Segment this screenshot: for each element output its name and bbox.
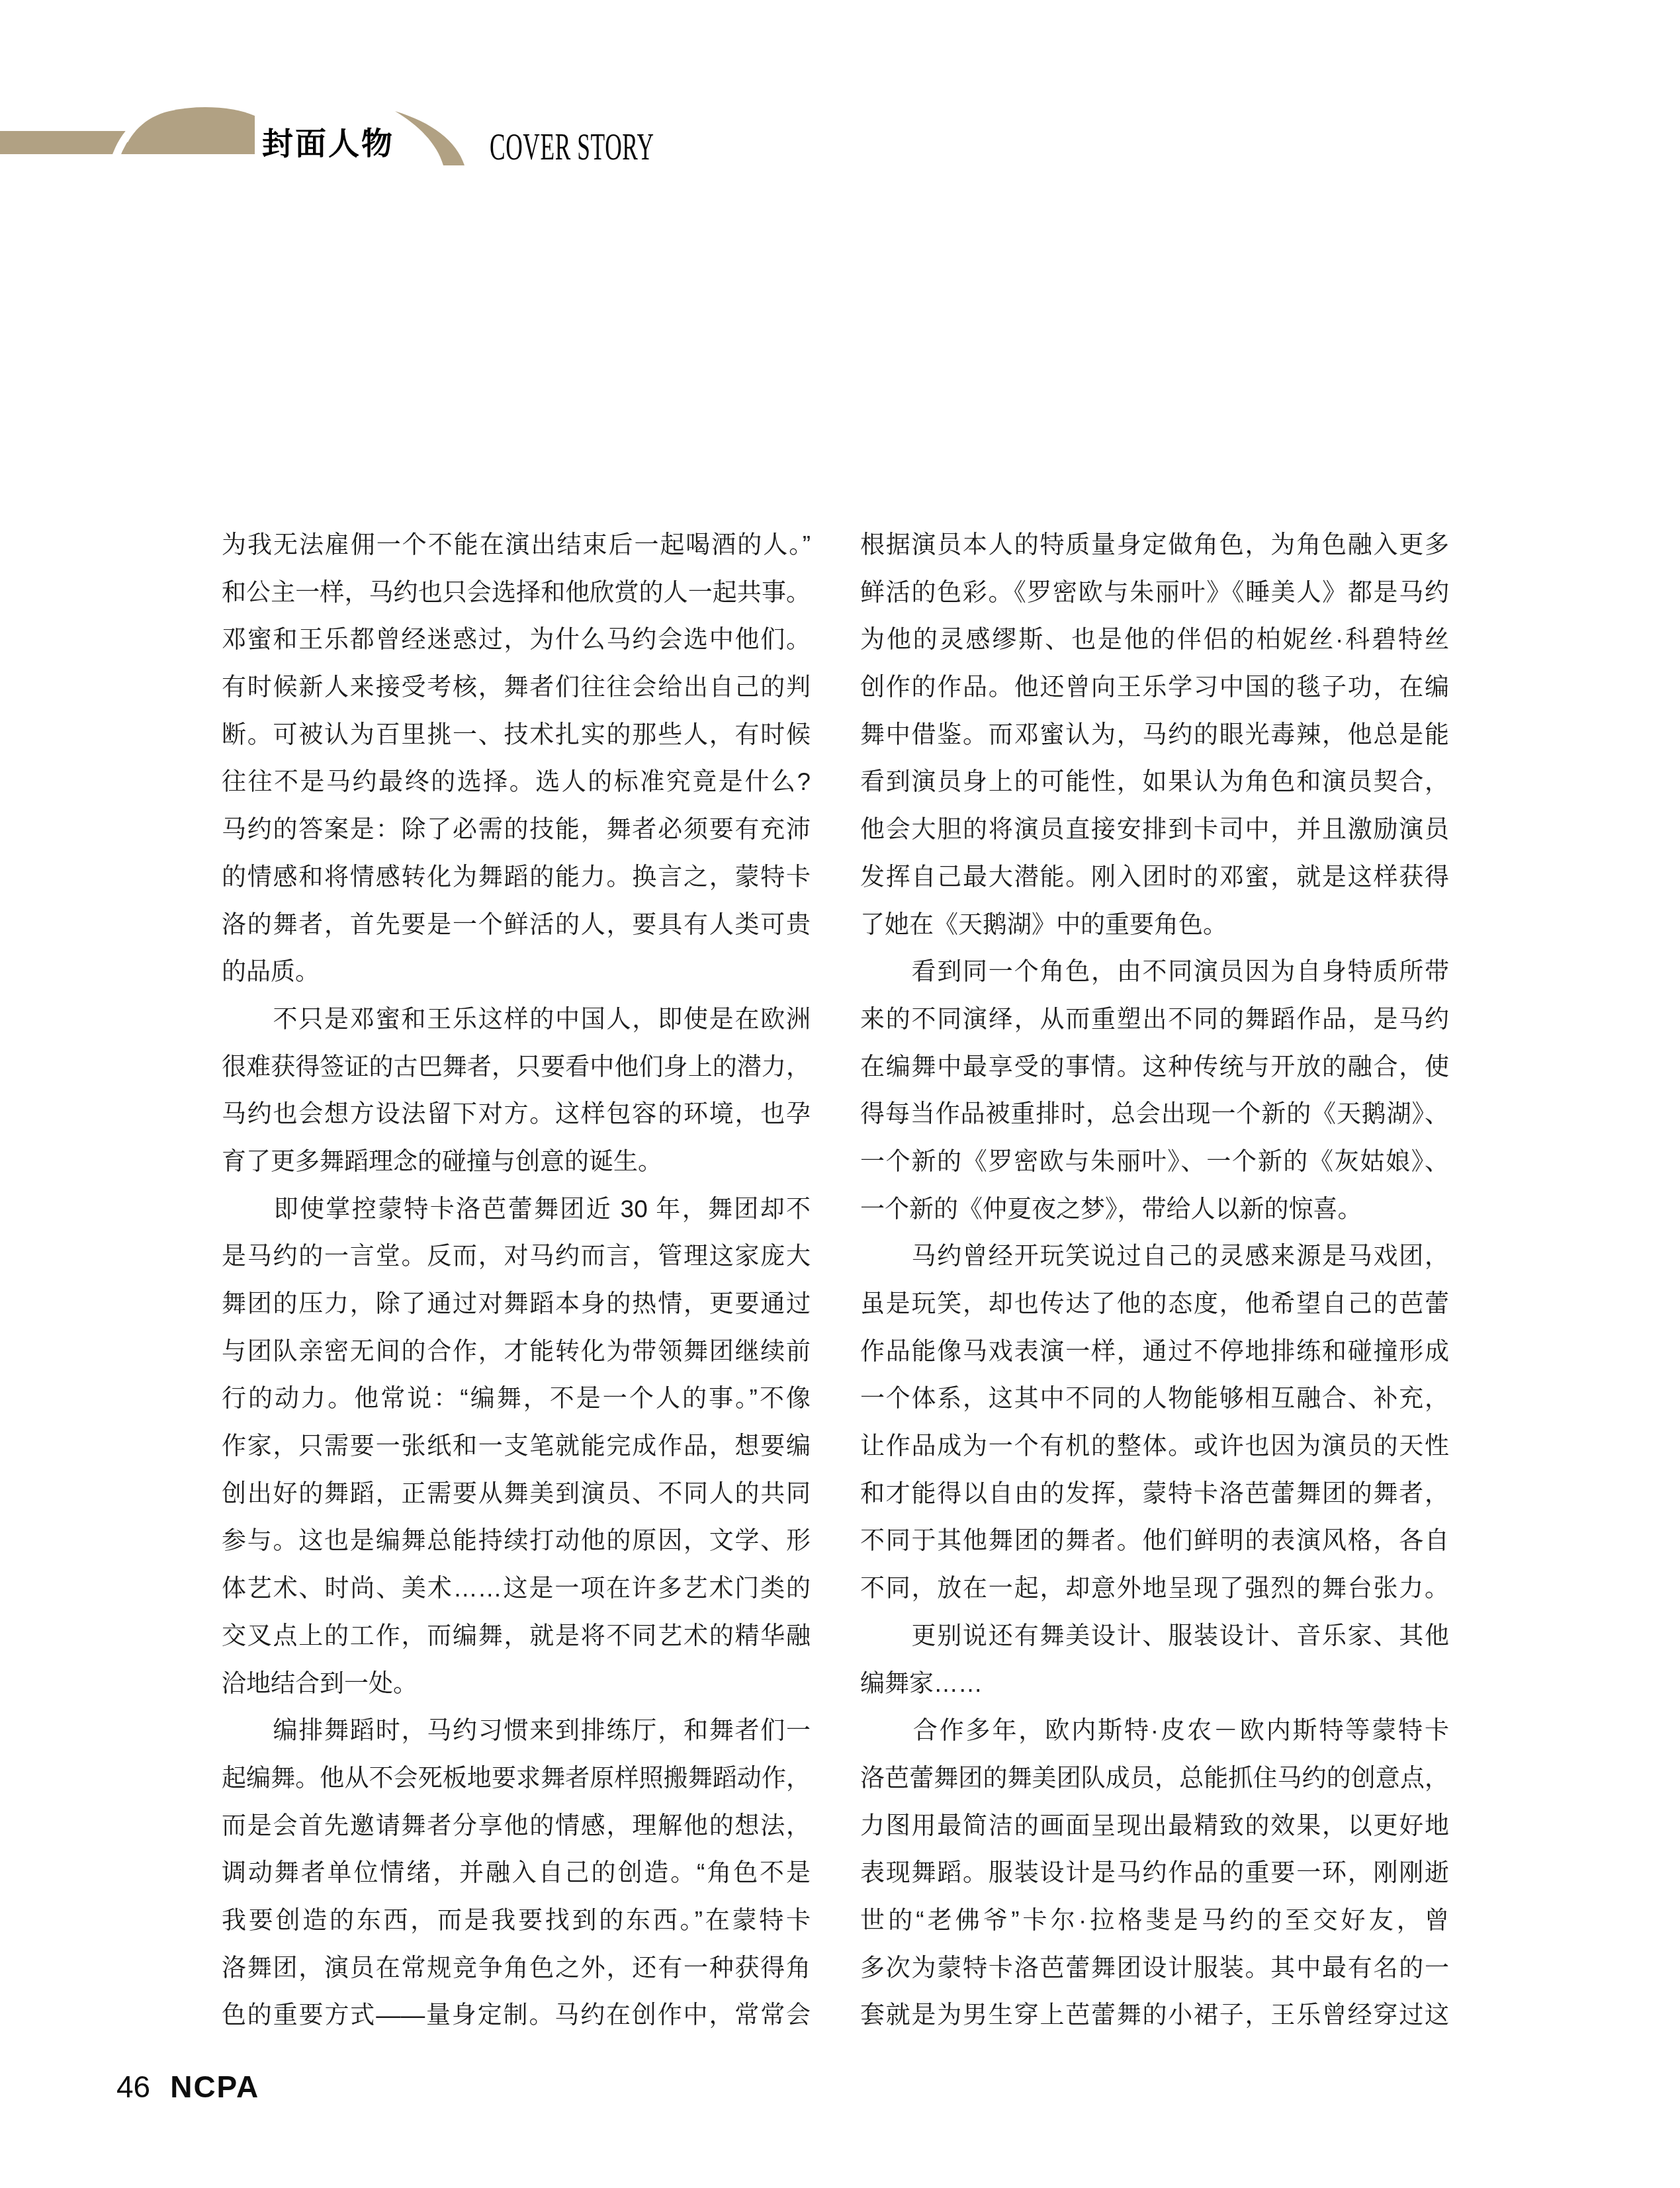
text-line: 的品质。	[222, 948, 811, 996]
text-line: 合作多年，欧内斯特·皮农－欧内斯特等蒙特卡	[860, 1707, 1449, 1755]
text-line: 与团队亲密无间的合作，才能转化为带领舞团继续前	[222, 1328, 811, 1376]
text-line: 育了更多舞蹈理念的碰撞与创意的诞生。	[222, 1138, 811, 1186]
text-line: 洛的舞者，首先要是一个鲜活的人，要具有人类可贵	[222, 901, 811, 949]
text-line: 不同于其他舞团的舞者。他们鲜明的表演风格，各自	[860, 1517, 1449, 1565]
article-column-right: 根据演员本人的特质量身定做角色，为角色融入更多鲜活的色彩。《罗密欧与朱丽叶》《睡…	[860, 521, 1449, 2039]
text-line: 鲜活的色彩。《罗密欧与朱丽叶》《睡美人》都是马约	[860, 569, 1449, 617]
text-line: 即使掌控蒙特卡洛芭蕾舞团近 30 年，舞团却不	[222, 1186, 811, 1233]
text-line: 世的“老佛爷”卡尔·拉格斐是马约的至交好友，曾	[860, 1897, 1449, 1945]
text-line: 洛芭蕾舞团的舞美团队成员，总能抓住马约的创意点，	[860, 1755, 1449, 1802]
text-line: 力图用最简洁的画面呈现出最精致的效果，以更好地	[860, 1802, 1449, 1850]
text-line: 表现舞蹈。服装设计是马约作品的重要一环，刚刚逝	[860, 1849, 1449, 1897]
text-line: 不只是邓蜜和王乐这样的中国人，即使是在欧洲	[222, 996, 811, 1043]
text-line: 在编舞中最享受的事情。这种传统与开放的融合，使	[860, 1043, 1449, 1091]
page-number: 46	[116, 2070, 150, 2104]
text-line: 参与。这也是编舞总能持续打动他的原因，文学、形	[222, 1517, 811, 1565]
text-line: 看到演员身上的可能性，如果认为角色和演员契合，	[860, 758, 1449, 806]
text-line: 让作品成为一个有机的整体。或许也因为演员的天性	[860, 1422, 1449, 1470]
text-line: 作家，只需要一张纸和一支笔就能完成作品，想要编	[222, 1422, 811, 1470]
text-line: 多次为蒙特卡洛芭蕾舞团设计服装。其中最有名的一	[860, 1945, 1449, 1992]
section-title-en: COVER STORY	[490, 128, 654, 167]
text-line: 起编舞。他从不会死板地要求舞者原样照搬舞蹈动作，	[222, 1755, 811, 1802]
magazine-page: 封面人物 COVER STORY 为我无法雇佣一个不能在演出结束后一起喝酒的人。…	[0, 0, 1680, 2188]
text-line: 马约曾经开玩笑说过自己的灵感来源是马戏团，	[860, 1233, 1449, 1280]
text-line: 更别说还有舞美设计、服装设计、音乐家、其他	[860, 1612, 1449, 1660]
text-line: 我要创造的东西，而是我要找到的东西。”在蒙特卡	[222, 1897, 811, 1945]
text-line: 而是会首先邀请舞者分享他的情感，理解他的想法，	[222, 1802, 811, 1850]
text-line: 有时候新人来接受考核，舞者们往往会给出自己的判	[222, 664, 811, 711]
text-line: 一个新的《仲夏夜之梦》，带给人以新的惊喜。	[860, 1186, 1449, 1233]
text-line: 虽是玩笑，却也传达了他的态度，他希望自己的芭蕾	[860, 1280, 1449, 1328]
text-line: 了她在《天鹅湖》中的重要角色。	[860, 901, 1449, 949]
article-column-left: 为我无法雇佣一个不能在演出结束后一起喝酒的人。”和公主一样，马约也只会选择和他欣…	[222, 521, 811, 2039]
text-line: 很难获得签证的古巴舞者，只要看中他们身上的潜力，	[222, 1043, 811, 1091]
text-line: 为我无法雇佣一个不能在演出结束后一起喝酒的人。”	[222, 521, 811, 569]
text-line: 不同，放在一起，却意外地呈现了强烈的舞台张力。	[860, 1565, 1449, 1612]
text-line: 套就是为男生穿上芭蕾舞的小裙子，王乐曾经穿过这	[860, 1991, 1449, 2039]
text-line: 根据演员本人的特质量身定做角色，为角色融入更多	[860, 521, 1449, 569]
section-title-zh: 封面人物	[262, 126, 394, 161]
text-line: 舞中借鉴。而邓蜜认为，马约的眼光毒辣，他总是能	[860, 711, 1449, 759]
text-line: 作品能像马戏表演一样，通过不停地排练和碰撞形成	[860, 1328, 1449, 1376]
text-line: 发挥自己最大潜能。刚入团时的邓蜜，就是这样获得	[860, 853, 1449, 901]
text-line: 行的动力。他常说：“编舞，不是一个人的事。”不像	[222, 1375, 811, 1422]
text-line: 舞团的压力，除了通过对舞蹈本身的热情，更要通过	[222, 1280, 811, 1328]
text-line: 编排舞蹈时，马约习惯来到排练厅，和舞者们一	[222, 1707, 811, 1755]
text-line: 看到同一个角色，由不同演员因为自身特质所带	[860, 948, 1449, 996]
text-line: 洛舞团，演员在常规竞争角色之外，还有一种获得角	[222, 1945, 811, 1992]
text-line: 为他的灵感缪斯、也是他的伴侣的柏妮丝·科碧特丝	[860, 616, 1449, 664]
text-line: 创出好的舞蹈，正需要从舞美到演员、不同人的共同	[222, 1470, 811, 1518]
text-line: 和公主一样，马约也只会选择和他欣赏的人一起共事。	[222, 569, 811, 617]
text-line: 洽地结合到一处。	[222, 1660, 811, 1708]
text-line: 邓蜜和王乐都曾经迷惑过，为什么马约会选中他们。	[222, 616, 811, 664]
text-line: 的情感和将情感转化为舞蹈的能力。换言之，蒙特卡	[222, 853, 811, 901]
text-line: 交叉点上的工作，而编舞，就是将不同艺术的精华融	[222, 1612, 811, 1660]
text-line: 得每当作品被重排时，总会出现一个新的《天鹅湖》、	[860, 1090, 1449, 1138]
accent-swoosh-shape	[395, 111, 464, 165]
text-line: 创作的作品。他还曾向王乐学习中国的毯子功，在编	[860, 664, 1449, 711]
text-line: 是马约的一言堂。反而，对马约而言，管理这家庞大	[222, 1233, 811, 1280]
text-line: 体艺术、时尚、美术……这是一项在许多艺术门类的	[222, 1565, 811, 1612]
page-footer: 46NCPA	[116, 2070, 259, 2104]
text-line: 和才能得以自由的发挥，蒙特卡洛芭蕾舞团的舞者，	[860, 1470, 1449, 1518]
text-line: 一个新的《罗密欧与朱丽叶》、一个新的《灰姑娘》、	[860, 1138, 1449, 1186]
text-line: 马约也会想方设法留下对方。这样包容的环境，也孕	[222, 1090, 811, 1138]
text-line: 断。可被认为百里挑一、技术扎实的那些人，有时候	[222, 711, 811, 759]
accent-fin-shape	[122, 107, 255, 154]
text-line: 他会大胆的将演员直接安排到卡司中，并且激励演员	[860, 806, 1449, 853]
text-line: 马约的答案是：除了必需的技能，舞者必须要有充沛	[222, 806, 811, 853]
text-line: 一个体系，这其中不同的人物能够相互融合、补充，	[860, 1375, 1449, 1422]
text-line: 编舞家……	[860, 1660, 1449, 1708]
text-line: 色的重要方式——量身定制。马约在创作中，常常会	[222, 1991, 811, 2039]
text-line: 调动舞者单位情绪，并融入自己的创造。“角色不是	[222, 1849, 811, 1897]
text-line: 往往不是马约最终的选择。选人的标准究竟是什么?	[222, 758, 811, 806]
magazine-brand: NCPA	[170, 2070, 259, 2104]
text-line: 来的不同演绎，从而重塑出不同的舞蹈作品，是马约	[860, 996, 1449, 1043]
accent-bar	[0, 131, 128, 154]
